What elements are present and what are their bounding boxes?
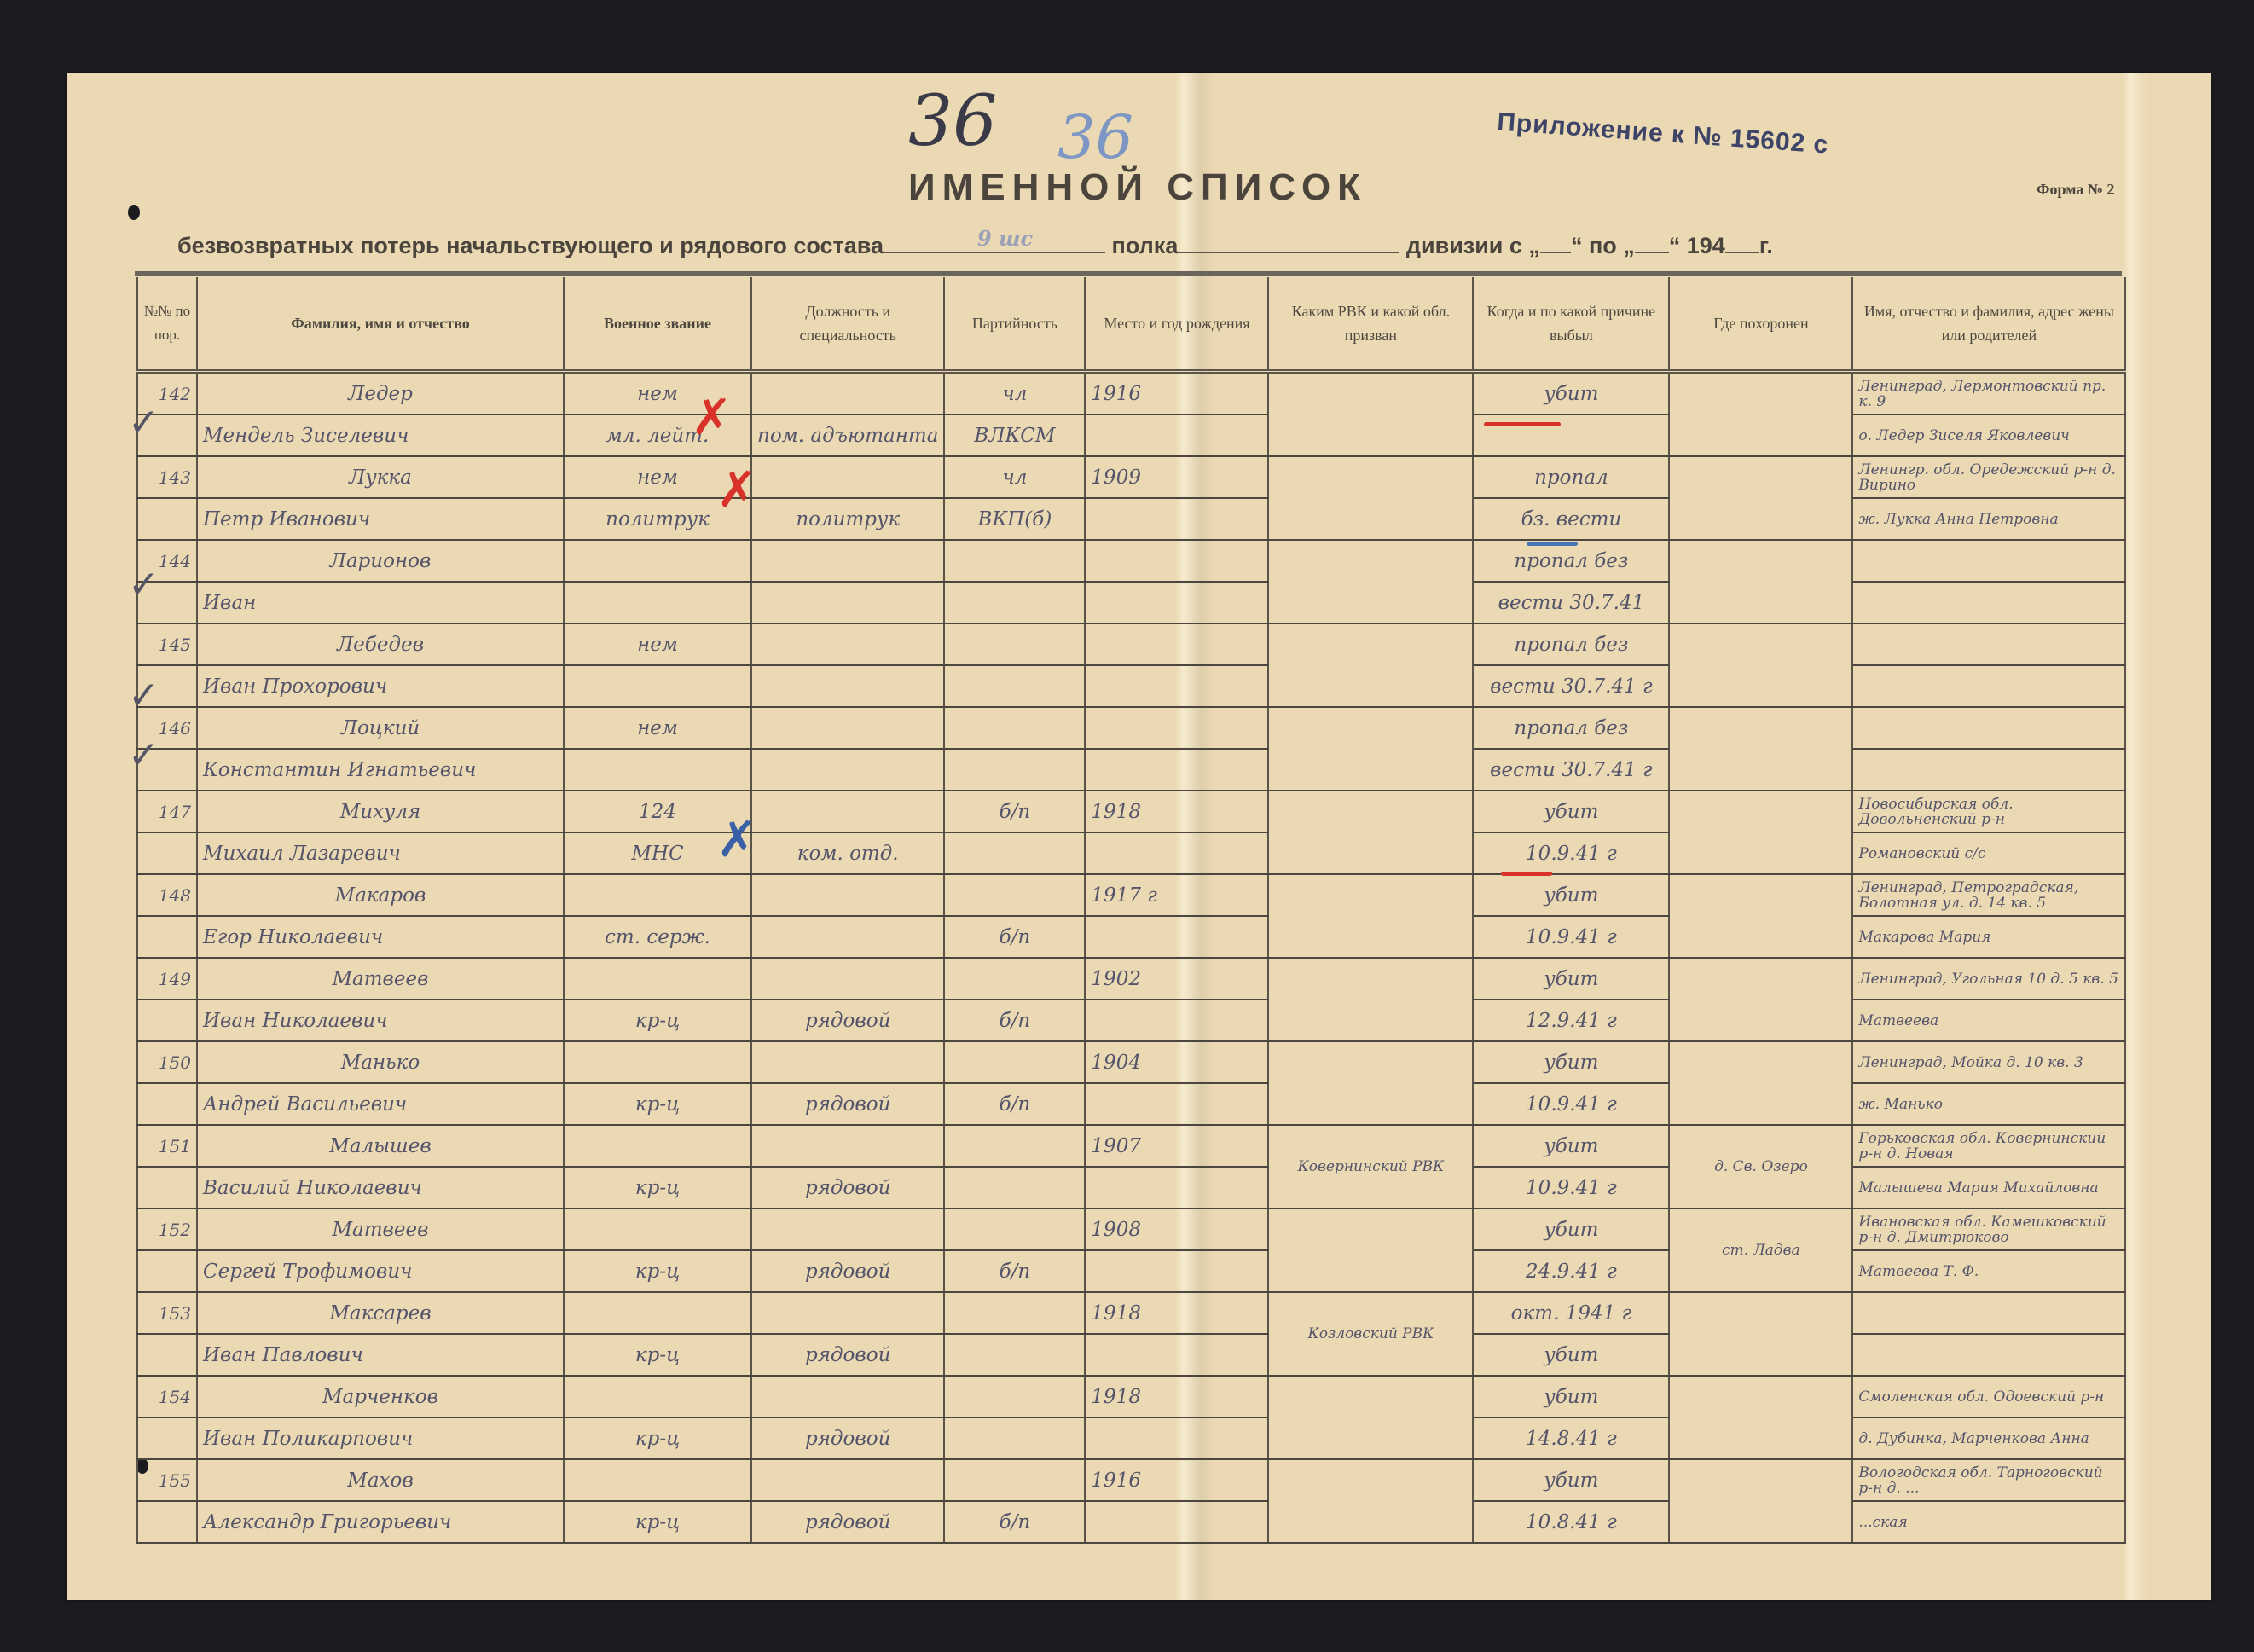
pen-check-icon: ✓ bbox=[128, 674, 159, 717]
birth-year: 1909 bbox=[1085, 456, 1268, 498]
table-row: 144Ларионовпропал без bbox=[137, 540, 2125, 582]
pen-check-icon: ✓ bbox=[128, 563, 159, 606]
birth-cell bbox=[1085, 1000, 1268, 1041]
subtitle: безвозвратных потерь начальствующего и р… bbox=[177, 233, 1773, 259]
number-cell bbox=[137, 1000, 197, 1041]
party bbox=[944, 540, 1085, 582]
surname: Максарев bbox=[197, 1292, 564, 1334]
military-rank: кр-ц bbox=[564, 1083, 751, 1125]
military-rank bbox=[564, 665, 751, 707]
given-name-patronymic: Василий Николаевич bbox=[197, 1167, 564, 1209]
reason-line-2: 24.9.41 г bbox=[1473, 1250, 1669, 1292]
military-rank: кр-ц bbox=[564, 1417, 751, 1459]
surname: Михуля bbox=[197, 791, 564, 832]
reason-line-1: убит bbox=[1473, 874, 1669, 916]
relatives-line-2: Макарова Мария bbox=[1852, 916, 2125, 958]
number-cell bbox=[137, 1250, 197, 1292]
position: пом. адъютанта bbox=[751, 414, 944, 456]
number-cell bbox=[137, 1501, 197, 1543]
position-cell bbox=[751, 1125, 944, 1167]
subtitle-text: безвозвратных потерь начальствующего и р… bbox=[177, 233, 884, 258]
relatives-line-2 bbox=[1852, 582, 2125, 623]
number-cell bbox=[137, 916, 197, 958]
surname: Манько bbox=[197, 1041, 564, 1083]
relatives-line-2: ж. Манько bbox=[1852, 1083, 2125, 1125]
table-row: 150Манько1904убитЛенинград, Мойка д. 10 … bbox=[137, 1041, 2125, 1083]
row-number: 152 bbox=[137, 1209, 197, 1250]
header-rule bbox=[135, 271, 2122, 276]
relatives-line-2: ж. Лукка Анна Петровна bbox=[1852, 498, 2125, 540]
reason-line-1: убит bbox=[1473, 1041, 1669, 1083]
table-row: 145Лебедевнемпропал без bbox=[137, 623, 2125, 665]
relatives-line-2: Матвеева bbox=[1852, 1000, 2125, 1041]
reason-line-2: 10.9.41 г bbox=[1473, 832, 1669, 874]
row-number: 148 bbox=[137, 874, 197, 916]
party bbox=[944, 1376, 1085, 1417]
position bbox=[751, 665, 944, 707]
relatives-line-1: Ленинград, Лермонтовский пр. к. 9 bbox=[1852, 372, 2125, 415]
military-rank bbox=[564, 749, 751, 791]
col-rvk: Каким РВК и какой обл. призван bbox=[1268, 277, 1473, 372]
military-rank: кр-ц bbox=[564, 1000, 751, 1041]
position-cell bbox=[751, 623, 944, 665]
birth-year: 1918 bbox=[1085, 1292, 1268, 1334]
subtitle-division: дивизии с „ bbox=[1406, 233, 1540, 258]
party: чл bbox=[944, 456, 1085, 498]
position: рядовой bbox=[751, 1417, 944, 1459]
position-cell bbox=[751, 1209, 944, 1250]
burial-place bbox=[1669, 623, 1852, 707]
reason-line-1: пропал bbox=[1473, 456, 1669, 498]
surname: Ларионов bbox=[197, 540, 564, 582]
row-number: 145 bbox=[137, 623, 197, 665]
party bbox=[944, 1292, 1085, 1334]
relatives-line-1: Смоленская обл. Одоевский р-н bbox=[1852, 1376, 2125, 1417]
military-rank: кр-ц bbox=[564, 1334, 751, 1376]
relatives-line-2: Романовский с/с bbox=[1852, 832, 2125, 874]
col-reason: Когда и по какой причине выбыл bbox=[1473, 277, 1669, 372]
rank-note bbox=[564, 540, 751, 582]
rvk bbox=[1268, 1041, 1473, 1125]
birth-year: 1908 bbox=[1085, 1209, 1268, 1250]
col-rank: Военное звание bbox=[564, 277, 751, 372]
red-check-icon: ✗ bbox=[691, 388, 733, 446]
reason-line-2: бз. вести bbox=[1473, 498, 1669, 540]
rvk bbox=[1268, 372, 1473, 457]
rvk bbox=[1268, 540, 1473, 623]
reason-line-1: пропал без bbox=[1473, 707, 1669, 749]
rvk bbox=[1268, 958, 1473, 1041]
row-number: 143 bbox=[137, 456, 197, 498]
col-full-name: Фамилия, имя и отчество bbox=[197, 277, 564, 372]
burial-place bbox=[1669, 540, 1852, 623]
rank-note: нем bbox=[564, 707, 751, 749]
row-number: 147 bbox=[137, 791, 197, 832]
given-name-patronymic: Константин Игнатьевич bbox=[197, 749, 564, 791]
party bbox=[944, 1125, 1085, 1167]
red-underline bbox=[1501, 872, 1552, 876]
relatives-line-2: о. Ледер Зиселя Яковлевич bbox=[1852, 414, 2125, 456]
given-name-patronymic: Иван bbox=[197, 582, 564, 623]
surname: Лоцкий bbox=[197, 707, 564, 749]
reason-line-2: 10.9.41 г bbox=[1473, 1167, 1669, 1209]
birth-cell bbox=[1085, 1334, 1268, 1376]
given-name-patronymic: Михаил Лазаревич bbox=[197, 832, 564, 874]
reason-line-2 bbox=[1473, 414, 1669, 456]
relatives-line-2: Малышева Мария Михайловна bbox=[1852, 1167, 2125, 1209]
rvk bbox=[1268, 791, 1473, 874]
rank-note bbox=[564, 1041, 751, 1083]
surname: Махов bbox=[197, 1459, 564, 1501]
rvk bbox=[1268, 1459, 1473, 1543]
number-cell bbox=[137, 498, 197, 540]
table-row: 147Михуля124б/п1918убитНовосибирская обл… bbox=[137, 791, 2125, 832]
rvk bbox=[1268, 623, 1473, 707]
military-rank: кр-ц bbox=[564, 1501, 751, 1543]
col-birth: Место и год рождения bbox=[1085, 277, 1268, 372]
party-line-2: б/п bbox=[944, 1250, 1085, 1292]
row-number: 151 bbox=[137, 1125, 197, 1167]
birth-cell bbox=[1085, 916, 1268, 958]
position-cell bbox=[751, 1459, 944, 1501]
position bbox=[751, 916, 944, 958]
header-row: №№ по пор. Фамилия, имя и отчество Военн… bbox=[137, 277, 2125, 372]
birth-year: 1916 bbox=[1085, 372, 1268, 415]
row-number: 149 bbox=[137, 958, 197, 1000]
relatives-line-1 bbox=[1852, 1292, 2125, 1334]
rvk bbox=[1268, 1209, 1473, 1292]
party: б/п bbox=[944, 791, 1085, 832]
relatives-line-2 bbox=[1852, 749, 2125, 791]
surname: Лукка bbox=[197, 456, 564, 498]
position-cell bbox=[751, 372, 944, 415]
burial-place bbox=[1669, 958, 1852, 1041]
pen-check-icon: ✓ bbox=[128, 401, 159, 444]
relatives-line-1: Вологодская обл. Тарноговский р-н д. ... bbox=[1852, 1459, 2125, 1501]
burial-place bbox=[1669, 874, 1852, 958]
col-party: Партийность bbox=[944, 277, 1085, 372]
surname: Матвеев bbox=[197, 958, 564, 1000]
party-line-2 bbox=[944, 665, 1085, 707]
row-number: 155 bbox=[137, 1459, 197, 1501]
birth-cell bbox=[1085, 498, 1268, 540]
rvk bbox=[1268, 456, 1473, 540]
rvk bbox=[1268, 1376, 1473, 1459]
number-cell bbox=[137, 1083, 197, 1125]
relatives-line-1: Ленинград, Угольная 10 д. 5 кв. 5 bbox=[1852, 958, 2125, 1000]
party-line-2 bbox=[944, 582, 1085, 623]
military-rank: ст. серж. bbox=[564, 916, 751, 958]
position: ком. отд. bbox=[751, 832, 944, 874]
relatives-line-2: Матвеева Т. Ф. bbox=[1852, 1250, 2125, 1292]
table-row: 146Лоцкийнемпропал без bbox=[137, 707, 2125, 749]
relatives-line-1: Ленинград, Мойка д. 10 кв. 3 bbox=[1852, 1041, 2125, 1083]
page-title: ИМЕННОЙ СПИСОК bbox=[908, 166, 1367, 209]
reason-line-2: 14.8.41 г bbox=[1473, 1417, 1669, 1459]
surname: Ледер bbox=[197, 372, 564, 415]
birth-year: 1904 bbox=[1085, 1041, 1268, 1083]
rank-note: нем bbox=[564, 623, 751, 665]
surname: Макаров bbox=[197, 874, 564, 916]
position: рядовой bbox=[751, 1250, 944, 1292]
number-cell bbox=[137, 832, 197, 874]
party-line-2 bbox=[944, 1167, 1085, 1209]
rank-note bbox=[564, 874, 751, 916]
party bbox=[944, 958, 1085, 1000]
given-name-patronymic: Андрей Васильевич bbox=[197, 1083, 564, 1125]
given-name-patronymic: Сергей Трофимович bbox=[197, 1250, 564, 1292]
reason-line-1: убит bbox=[1473, 1376, 1669, 1417]
col-buried: Где похоронен bbox=[1669, 277, 1852, 372]
position-cell bbox=[751, 874, 944, 916]
party bbox=[944, 707, 1085, 749]
position-cell bbox=[751, 1041, 944, 1083]
rvk: Ковернинский РВК bbox=[1268, 1125, 1473, 1209]
birth-year: 1917 г bbox=[1085, 874, 1268, 916]
relatives-line-1 bbox=[1852, 540, 2125, 582]
subtitle-to: “ по „ bbox=[1571, 233, 1635, 258]
birth-cell bbox=[1085, 1501, 1268, 1543]
reason-line-2: вести 30.7.41 г bbox=[1473, 749, 1669, 791]
blue-check-icon: ✗ bbox=[716, 810, 758, 868]
reason-line-1: убит bbox=[1473, 1209, 1669, 1250]
relatives-line-1: Ивановская обл. Камешковский р-н д. Дмит… bbox=[1852, 1209, 2125, 1250]
punch-hole bbox=[128, 205, 140, 220]
rvk bbox=[1268, 707, 1473, 791]
pen-check-icon: ✓ bbox=[128, 733, 159, 777]
party bbox=[944, 1041, 1085, 1083]
birth-year: 1902 bbox=[1085, 958, 1268, 1000]
burial-place bbox=[1669, 707, 1852, 791]
reason-line-1: пропал без bbox=[1473, 623, 1669, 665]
given-name-patronymic: Иван Прохорович bbox=[197, 665, 564, 707]
position: рядовой bbox=[751, 1083, 944, 1125]
party bbox=[944, 623, 1085, 665]
reason-line-2: вести 30.7.41 г bbox=[1473, 665, 1669, 707]
reason-line-1: убит bbox=[1473, 372, 1669, 415]
table-row: 151Малышев1907Ковернинский РВКубитд. Св.… bbox=[137, 1125, 2125, 1167]
table-row: 155Махов1916убитВологодская обл. Тарного… bbox=[137, 1459, 2125, 1501]
subtitle-regiment: полка bbox=[1112, 233, 1179, 258]
given-name-patronymic: Иван Павлович bbox=[197, 1334, 564, 1376]
party bbox=[944, 1209, 1085, 1250]
position: политрук bbox=[751, 498, 944, 540]
reason-line-2: 10.9.41 г bbox=[1473, 1083, 1669, 1125]
party-line-2: ВЛКСМ bbox=[944, 414, 1085, 456]
losses-table: №№ по пор. Фамилия, имя и отчество Военн… bbox=[136, 277, 2126, 1544]
table-row: 154Марченков1918убитСмоленская обл. Одое… bbox=[137, 1376, 2125, 1417]
given-name-patronymic: Александр Григорьевич bbox=[197, 1501, 564, 1543]
party-line-2 bbox=[944, 749, 1085, 791]
military-rank bbox=[564, 582, 751, 623]
birth-year: 1916 bbox=[1085, 1459, 1268, 1501]
rvk bbox=[1268, 874, 1473, 958]
col-number: №№ по пор. bbox=[137, 277, 197, 372]
reason-line-1: убит bbox=[1473, 791, 1669, 832]
subtitle-year-suffix: г. bbox=[1759, 233, 1773, 258]
position-cell bbox=[751, 456, 944, 498]
relatives-line-1: Ленингр. обл. Оредежский р-н д. Вирино bbox=[1852, 456, 2125, 498]
given-name-patronymic: Иван Николаевич bbox=[197, 1000, 564, 1041]
birth-year bbox=[1085, 707, 1268, 749]
rvk: Козловский РВК bbox=[1268, 1292, 1473, 1376]
party bbox=[944, 1459, 1085, 1501]
birth-cell bbox=[1085, 1250, 1268, 1292]
reason-line-2: 10.8.41 г bbox=[1473, 1501, 1669, 1543]
party-line-2 bbox=[944, 1334, 1085, 1376]
reason-line-1: убит bbox=[1473, 958, 1669, 1000]
subtitle-year: “ 194 bbox=[1669, 233, 1725, 258]
archive-number-blue: 36 bbox=[1057, 102, 1133, 172]
burial-place bbox=[1669, 1459, 1852, 1543]
burial-place bbox=[1669, 456, 1852, 540]
blue-underline bbox=[1527, 542, 1578, 546]
birth-cell bbox=[1085, 832, 1268, 874]
burial-place bbox=[1669, 791, 1852, 874]
birth-cell bbox=[1085, 414, 1268, 456]
party-line-2 bbox=[944, 832, 1085, 874]
position-cell bbox=[751, 791, 944, 832]
military-rank: кр-ц bbox=[564, 1250, 751, 1292]
rank-note bbox=[564, 1459, 751, 1501]
rank-note bbox=[564, 1292, 751, 1334]
birth-cell bbox=[1085, 1417, 1268, 1459]
given-name-patronymic: Петр Иванович bbox=[197, 498, 564, 540]
birth-year bbox=[1085, 540, 1268, 582]
birth-year bbox=[1085, 623, 1268, 665]
party: чл bbox=[944, 372, 1085, 415]
col-position: Должность и специальность bbox=[751, 277, 944, 372]
position bbox=[751, 749, 944, 791]
relatives-line-1: Новосибирская обл. Довольненский р-н bbox=[1852, 791, 2125, 832]
party bbox=[944, 874, 1085, 916]
burial-place: ст. Ладва bbox=[1669, 1209, 1852, 1292]
military-rank: кр-ц bbox=[564, 1167, 751, 1209]
archive-number-pen: 36 bbox=[908, 81, 997, 162]
reason-line-1: убит bbox=[1473, 1459, 1669, 1501]
reason-line-2: 10.9.41 г bbox=[1473, 916, 1669, 958]
given-name-patronymic: Мендель Зиселевич bbox=[197, 414, 564, 456]
rank-note bbox=[564, 958, 751, 1000]
table-row: 148Макаров1917 губитЛенинград, Петроград… bbox=[137, 874, 2125, 916]
reason-line-1: убит bbox=[1473, 1125, 1669, 1167]
given-name-patronymic: Иван Поликарпович bbox=[197, 1417, 564, 1459]
burial-place bbox=[1669, 1041, 1852, 1125]
burial-place bbox=[1669, 372, 1852, 457]
birth-cell bbox=[1085, 1083, 1268, 1125]
relatives-line-2: д. Дубинка, Марченкова Анна bbox=[1852, 1417, 2125, 1459]
position: рядовой bbox=[751, 1501, 944, 1543]
position: рядовой bbox=[751, 1334, 944, 1376]
red-check-icon: ✗ bbox=[716, 461, 758, 519]
col-relatives: Имя, отчество и фамилия, адрес жены или … bbox=[1852, 277, 2125, 372]
position-cell bbox=[751, 1292, 944, 1334]
position-cell bbox=[751, 1376, 944, 1417]
birth-cell bbox=[1085, 749, 1268, 791]
surname: Малышев bbox=[197, 1125, 564, 1167]
given-name-patronymic: Егор Николаевич bbox=[197, 916, 564, 958]
birth-cell bbox=[1085, 582, 1268, 623]
relatives-line-2: ...ская bbox=[1852, 1501, 2125, 1543]
party-line-2: б/п bbox=[944, 1083, 1085, 1125]
party-line-2: ВКП(б) bbox=[944, 498, 1085, 540]
birth-year: 1907 bbox=[1085, 1125, 1268, 1167]
table-row: 149Матвеев1902убитЛенинград, Угольная 10… bbox=[137, 958, 2125, 1000]
red-underline bbox=[1484, 422, 1561, 426]
position bbox=[751, 582, 944, 623]
surname: Лебедев bbox=[197, 623, 564, 665]
party-line-2: б/п bbox=[944, 1501, 1085, 1543]
reason-line-1: окт. 1941 г bbox=[1473, 1292, 1669, 1334]
reason-line-2: 12.9.41 г bbox=[1473, 1000, 1669, 1041]
party-line-2 bbox=[944, 1417, 1085, 1459]
form-number: Форма № 2 bbox=[2037, 181, 2114, 199]
relatives-line-1: Ленинград, Петроградская, Болотная ул. д… bbox=[1852, 874, 2125, 916]
burial-place bbox=[1669, 1292, 1852, 1376]
number-cell bbox=[137, 1334, 197, 1376]
rank-note bbox=[564, 1125, 751, 1167]
relatives-line-1 bbox=[1852, 707, 2125, 749]
number-cell bbox=[137, 1417, 197, 1459]
table-row: 142Ледернемчл1916убитЛенинград, Лермонто… bbox=[137, 372, 2125, 415]
position-cell bbox=[751, 958, 944, 1000]
birth-year: 1918 bbox=[1085, 791, 1268, 832]
surname: Матвеев bbox=[197, 1209, 564, 1250]
position-cell bbox=[751, 707, 944, 749]
surname: Марченков bbox=[197, 1376, 564, 1417]
table-row: 153Максарев1918Козловский РВКокт. 1941 г bbox=[137, 1292, 2125, 1334]
reason-line-1: пропал без bbox=[1473, 540, 1669, 582]
burial-place bbox=[1669, 1376, 1852, 1459]
burial-place: д. Св. Озеро bbox=[1669, 1125, 1852, 1209]
birth-year: 1918 bbox=[1085, 1376, 1268, 1417]
table-row: 143Лукканемчл1909пропалЛенингр. обл. Оре… bbox=[137, 456, 2125, 498]
relatives-line-1 bbox=[1852, 623, 2125, 665]
table-row: 152Матвеев1908убитст. ЛадваИвановская об… bbox=[137, 1209, 2125, 1250]
party-line-2: б/п bbox=[944, 1000, 1085, 1041]
regiment-value: 9 шс bbox=[977, 226, 1033, 251]
party-line-2: б/п bbox=[944, 916, 1085, 958]
number-cell bbox=[137, 1167, 197, 1209]
relatives-line-2 bbox=[1852, 1334, 2125, 1376]
position: рядовой bbox=[751, 1000, 944, 1041]
row-number: 153 bbox=[137, 1292, 197, 1334]
position-cell bbox=[751, 540, 944, 582]
birth-cell bbox=[1085, 1167, 1268, 1209]
reason-line-2: вести 30.7.41 bbox=[1473, 582, 1669, 623]
rank-note bbox=[564, 1209, 751, 1250]
relatives-line-1: Горьковская обл. Ковернинский р-н д. Нов… bbox=[1852, 1125, 2125, 1167]
relatives-line-2 bbox=[1852, 665, 2125, 707]
reason-line-2: убит bbox=[1473, 1334, 1669, 1376]
position: рядовой bbox=[751, 1167, 944, 1209]
birth-cell bbox=[1085, 665, 1268, 707]
row-number: 150 bbox=[137, 1041, 197, 1083]
row-number: 154 bbox=[137, 1376, 197, 1417]
rank-note bbox=[564, 1376, 751, 1417]
